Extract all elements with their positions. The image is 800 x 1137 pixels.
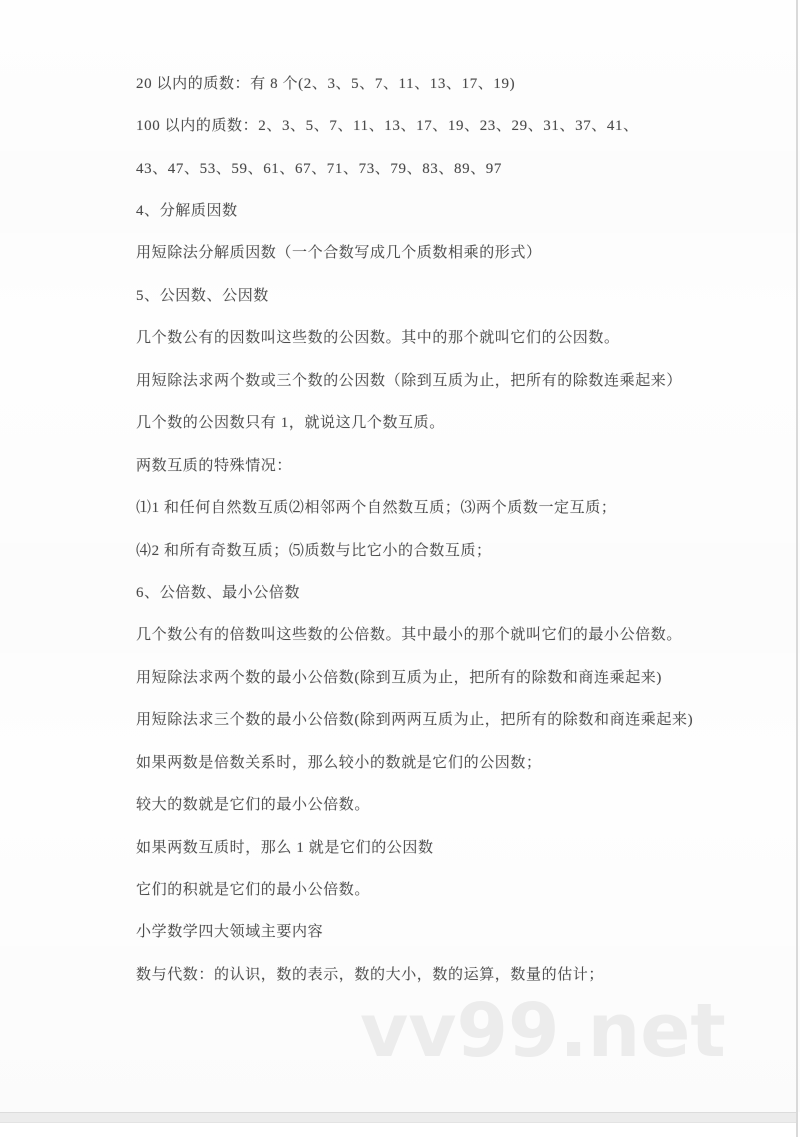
watermark-text: vv99.net	[360, 988, 726, 1074]
document-line: 用短除法求两个数或三个数的公因数（除到互质为止，把所有的除数连乘起来）	[136, 358, 766, 400]
document-line: ⑴1 和任何自然数互质⑵相邻两个自然数互质；⑶两个质数一定互质；	[136, 485, 766, 527]
document-line: 43、47、53、59、61、67、71、73、79、83、89、97	[136, 146, 766, 188]
document-line: 4、分解质因数	[136, 188, 766, 230]
document-line: 如果两数是倍数关系时，那么较小的数就是它们的公因数；	[136, 740, 766, 782]
document-line: 几个数公有的因数叫这些数的公因数。其中的那个就叫它们的公因数。	[136, 316, 766, 358]
document-line: 100 以内的质数：2、3、5、7、11、13、17、19、23、29、31、3…	[136, 103, 766, 145]
document-line: 用短除法求三个数的最小公倍数(除到两两互质为止，把所有的除数和商连乘起来)	[136, 698, 766, 740]
document-line: 几个数的公因数只有 1，就说这几个数互质。	[136, 401, 766, 443]
document-line: 20 以内的质数：有 8 个(2、3、5、7、11、13、17、19)	[136, 61, 766, 103]
document-line: 它们的积就是它们的最小公倍数。	[136, 867, 766, 909]
page-separator	[0, 1112, 798, 1123]
document-line: 如果两数互质时，那么 1 就是它们的公因数	[136, 825, 766, 867]
document-line: 5、公因数、公因数	[136, 273, 766, 315]
document-text-block: 20 以内的质数：有 8 个(2、3、5、7、11、13、17、19)100 以…	[136, 61, 766, 995]
document-line: 用短除法分解质因数（一个合数写成几个质数相乘的形式）	[136, 231, 766, 273]
document-line: 小学数学四大领域主要内容	[136, 910, 766, 952]
next-page-top	[0, 1124, 798, 1137]
page-right-edge-line	[796, 0, 798, 1137]
document-line: 用短除法求两个数的最小公倍数(除到互质为止，把所有的除数和商连乘起来)	[136, 655, 766, 697]
document-page: 20 以内的质数：有 8 个(2、3、5、7、11、13、17、19)100 以…	[0, 0, 800, 1112]
document-line: 几个数公有的倍数叫这些数的公倍数。其中最小的那个就叫它们的最小公倍数。	[136, 613, 766, 655]
document-viewport: 20 以内的质数：有 8 个(2、3、5、7、11、13、17、19)100 以…	[0, 0, 800, 1137]
document-line: 两数互质的特殊情况：	[136, 443, 766, 485]
document-line: ⑷2 和所有奇数互质；⑸质数与比它小的合数互质；	[136, 528, 766, 570]
document-line: 较大的数就是它们的最小公倍数。	[136, 782, 766, 824]
document-line: 6、公倍数、最小公倍数	[136, 570, 766, 612]
